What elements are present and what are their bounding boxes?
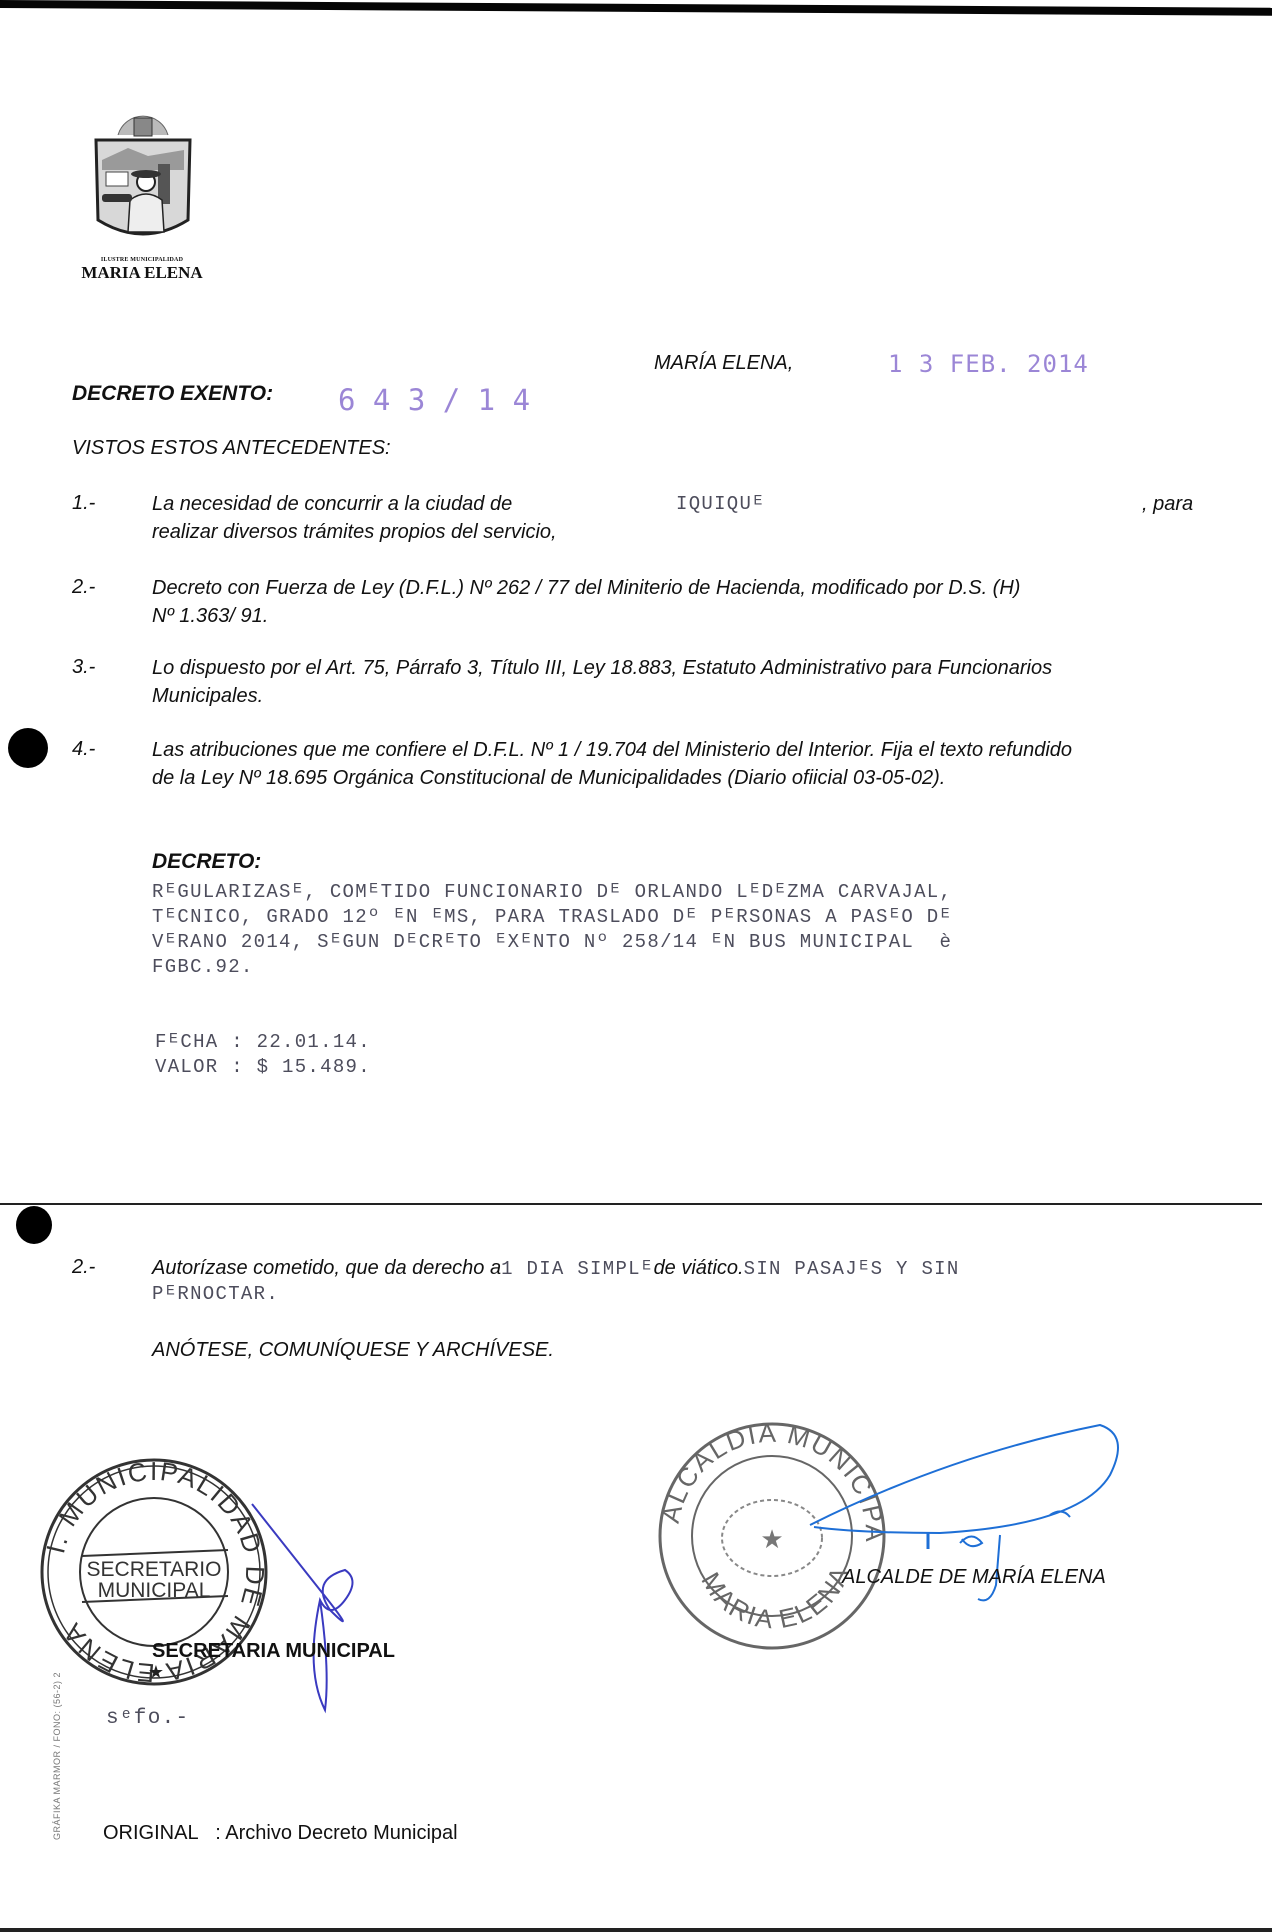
viatico-amount-typed: 1 DIA SIMPLᴱ [501, 1258, 653, 1280]
fecha-label: FᴱCHA : [155, 1031, 244, 1053]
fecha-valor-block: FᴱCHA : 22.01.14. VALOR : $ 15.489. [155, 1030, 371, 1080]
item-1-city-typed: IQUIQUᴱ [676, 492, 765, 517]
item-number: 2.- [72, 1256, 95, 1279]
original-value: : Archivo Decreto Municipal [215, 1822, 457, 1844]
vistos-heading: VISTOS ESTOS ANTECEDENTES: [72, 434, 391, 462]
initials-typed: sᵉfo.- [106, 1706, 189, 1731]
fecha-value: 22.01.14. [257, 1031, 371, 1053]
svg-text:★: ★ [760, 1524, 783, 1554]
logo-caption: MARIA ELENA [72, 263, 212, 283]
fold-line [0, 1203, 1262, 1205]
item-1-line1-end: , para [1142, 490, 1193, 518]
item-2-authorization: Autorízase cometido, que da derecho a1 D… [152, 1254, 960, 1282]
valor-label: VALOR : [155, 1056, 244, 1078]
item-number: 1.- [72, 492, 95, 515]
svg-text:★: ★ [148, 1662, 164, 1682]
authorization-text-2: de viático. [654, 1257, 744, 1279]
decree-exento-label: DECRETO EXENTO: [72, 382, 273, 406]
item-1-line1: La necesidad de concurrir a la ciudad de [152, 490, 512, 518]
decreto-heading: DECRETO: [152, 850, 261, 874]
svg-text:SECRETARIO: SECRETARIO [87, 1558, 222, 1581]
printer-imprint: GRÁFIKA MARMOR / FONO: (56-2) 2 [52, 1672, 62, 1840]
punch-hole [16, 1206, 52, 1244]
decreto-line: TᴱCNICO, GRADO 12º ᴱN ᴱMS, PARA TRASLADO… [152, 905, 952, 930]
date-stamp: 1 3 FEB. 2014 [888, 350, 1089, 378]
authorization-typed-after: SIN PASAJᴱS Y SIN [744, 1258, 960, 1280]
item-number: 3.- [72, 656, 95, 679]
municipal-coat-of-arms-logo [88, 100, 198, 245]
decreto-typed-body: RᴱGULARIZASᴱ, COMᴱTIDO FUNCIONARIO Dᴱ OR… [152, 880, 952, 980]
secretaria-title: SECRETARIA MUNICIPAL [152, 1640, 395, 1663]
distribution-line: ORIGINAL : Archivo Decreto Municipal [103, 1822, 458, 1845]
closing-formula: ANÓTESE, COMUNÍQUESE Y ARCHÍVESE. [152, 1336, 554, 1364]
item-3-line1: Lo dispuesto por el Art. 75, Párrafo 3, … [152, 654, 1052, 682]
secretary-signature [250, 1500, 390, 1720]
authorization-typed-line2: PᴱRNOCTAR. [152, 1282, 279, 1307]
item-2-line2: Nº 1.363/ 91. [152, 602, 268, 630]
punch-hole [8, 728, 48, 768]
decreto-line: RᴱGULARIZASᴱ, COMᴱTIDO FUNCIONARIO Dᴱ OR… [152, 880, 952, 905]
decreto-line: FGBC.92. [152, 955, 952, 980]
svg-text:MUNICIPAL: MUNICIPAL [98, 1579, 211, 1602]
scan-bottom-edge [0, 1928, 1272, 1932]
item-1-line2: realizar diversos trámites propios del s… [152, 518, 557, 546]
item-4-line2: de la Ley Nº 18.695 Orgánica Constitucio… [152, 764, 945, 792]
item-number: 2.- [72, 576, 95, 599]
decree-number-stamp: 6 4 3 / 1 4 [338, 383, 530, 417]
scan-top-edge [0, 0, 1272, 16]
authorization-text: Autorízase cometido, que da derecho a [152, 1257, 501, 1279]
original-label: ORIGINAL [103, 1822, 199, 1844]
item-number: 4.- [72, 738, 95, 761]
item-2-line1: Decreto con Fuerza de Ley (D.F.L.) Nº 26… [152, 574, 1020, 602]
valor-value: $ 15.489. [257, 1056, 371, 1078]
decreto-line: VᴱRANO 2014, SᴱGUN DᴱCRᴱTO ᴱXᴱNTO Nº 258… [152, 930, 952, 955]
alcalde-title: ALCALDE DE MARÍA ELENA [842, 1566, 1106, 1589]
place-label: MARÍA ELENA, [654, 352, 793, 375]
item-3-line2: Municipales. [152, 682, 263, 710]
item-4-line1: Las atribuciones que me confiere el D.F.… [152, 736, 1072, 764]
